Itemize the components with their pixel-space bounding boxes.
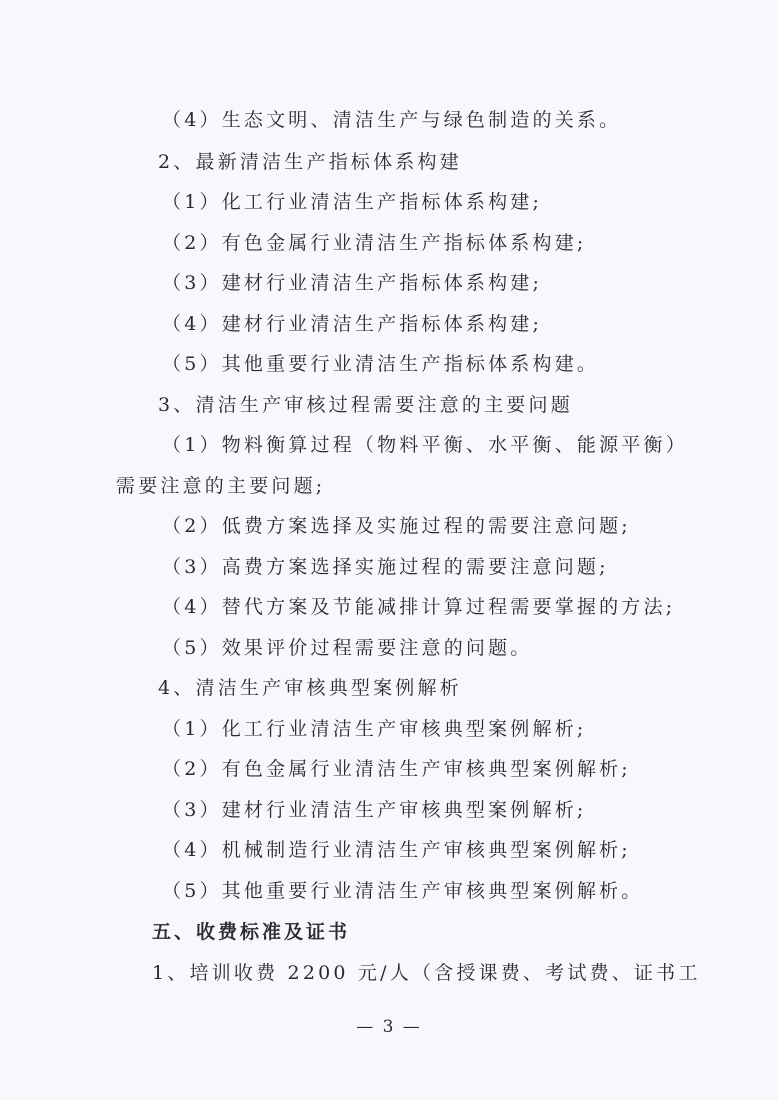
text-line: （2）有色金属行业清洁生产指标体系构建; bbox=[162, 231, 587, 255]
text-line: 3、清洁生产审核过程需要注意的主要问题 bbox=[158, 393, 573, 417]
text-line: 4、清洁生产审核典型案例解析 bbox=[158, 676, 462, 700]
document-page: （4）生态文明、清洁生产与绿色制造的关系。2、最新清洁生产指标体系构建（1）化工… bbox=[0, 0, 778, 1100]
text-line: （5）其他重要行业清洁生产审核典型案例解析。 bbox=[162, 879, 644, 903]
page-number: — 3 — bbox=[0, 1017, 778, 1037]
text-line: （1）化工行业清洁生产审核典型案例解析; bbox=[162, 717, 587, 741]
text-line: （5）效果评价过程需要注意的问题。 bbox=[162, 636, 533, 660]
text-line: （4）机械制造行业清洁生产审核典型案例解析; bbox=[162, 838, 631, 862]
text-line: （4）建材行业清洁生产指标体系构建; bbox=[162, 312, 542, 336]
text-line: 2、最新清洁生产指标体系构建 bbox=[158, 150, 462, 174]
text-line: （4）生态文明、清洁生产与绿色制造的关系。 bbox=[162, 108, 621, 132]
text-line: （2）低费方案选择及实施过程的需要注意问题; bbox=[162, 514, 631, 538]
text-line: （5）其他重要行业清洁生产指标体系构建。 bbox=[162, 352, 599, 376]
text-line: 需要注意的主要问题; bbox=[116, 474, 325, 498]
text-line: （3）高费方案选择实施过程的需要注意问题; bbox=[162, 555, 609, 579]
text-line: （3）建材行业清洁生产指标体系构建; bbox=[162, 271, 542, 295]
text-line: 1、培训收费 2200 元/人（含授课费、考试费、证书工 bbox=[152, 961, 701, 985]
text-line: （3）建材行业清洁生产审核典型案例解析; bbox=[162, 798, 587, 822]
text-line: （1）物料衡算过程（物料平衡、水平衡、能源平衡） bbox=[162, 433, 688, 457]
section-heading: 五、收费标准及证书 bbox=[152, 920, 350, 944]
text-line: （2）有色金属行业清洁生产审核典型案例解析; bbox=[162, 757, 631, 781]
text-line: （4）替代方案及节能减排计算过程需要掌握的方法; bbox=[162, 595, 675, 619]
text-line: （1）化工行业清洁生产指标体系构建; bbox=[162, 190, 542, 214]
